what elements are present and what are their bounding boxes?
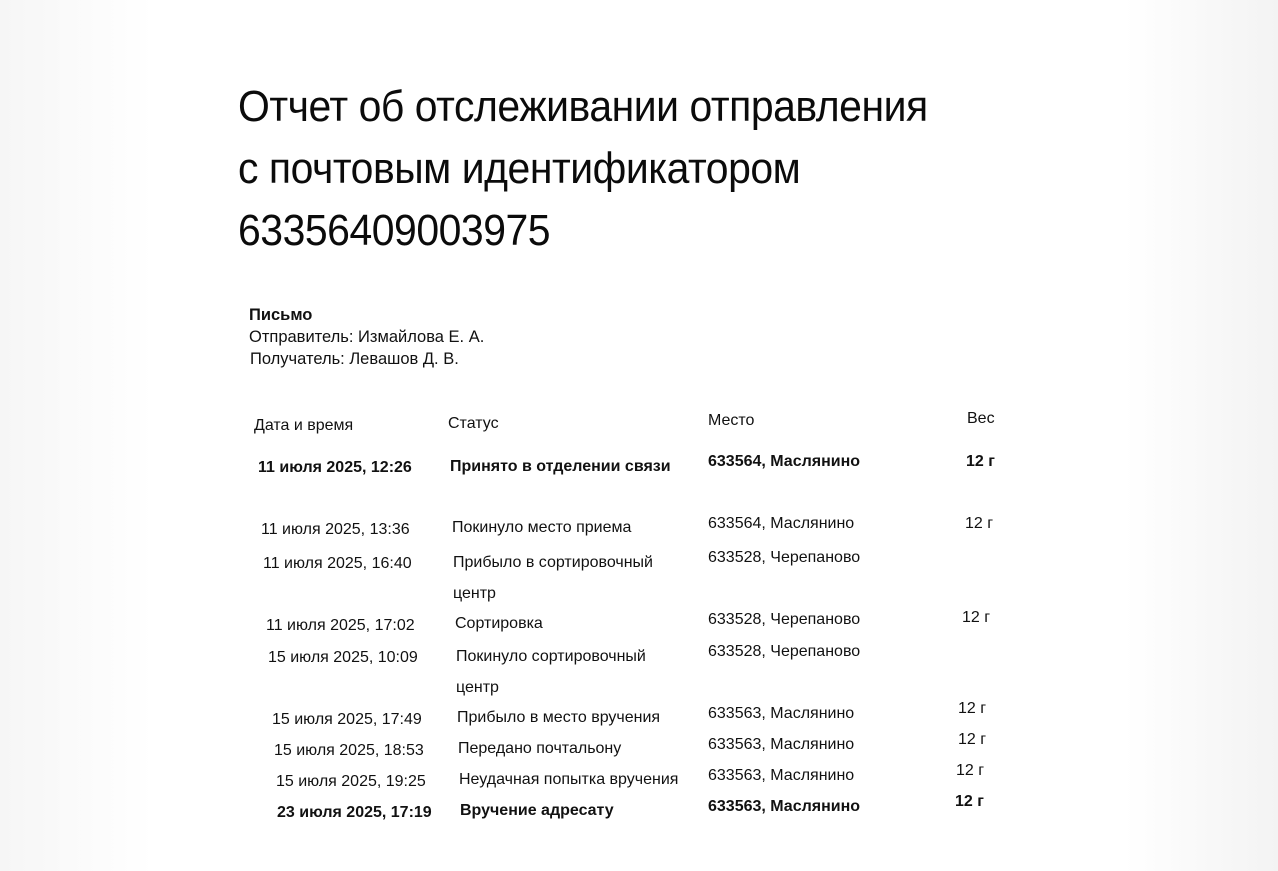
row-datetime: 23 июля 2025, 17:19 (277, 804, 432, 822)
row-datetime: 15 июля 2025, 18:53 (274, 742, 424, 760)
row-place: 633563, Маслянино (708, 767, 854, 785)
row-status: Сортировка (455, 615, 543, 633)
title-line-1: Отчет об отслеживании отправления (238, 76, 1075, 138)
row-weight: 12 г (962, 609, 990, 627)
row-datetime: 11 июля 2025, 12:26 (258, 459, 412, 477)
row-place: 633528, Черепаново (708, 611, 860, 629)
row-place: 633564, Маслянино (708, 453, 860, 471)
item-type: Письмо (249, 304, 484, 326)
row-weight: 12 г (966, 453, 995, 471)
row-place: 633528, Черепаново (708, 549, 860, 567)
row-place: 633528, Черепаново (708, 643, 860, 661)
row-status: Прибыло в место вручения (457, 709, 660, 727)
title-line-3-tracking-id: 63356409003975 (238, 200, 1075, 262)
shipment-info: Письмо Отправитель: Измайлова Е. А. Полу… (249, 304, 484, 370)
row-status: Покинуло место приема (452, 519, 631, 537)
row-status: Прибыло в сортировочный центр (453, 547, 683, 609)
row-place: 633563, Маслянино (708, 798, 860, 816)
row-status: Покинуло сортировочный центр (456, 641, 676, 703)
column-header-place: Место (708, 412, 754, 430)
row-place: 633563, Маслянино (708, 705, 854, 723)
row-datetime: 15 июля 2025, 10:09 (268, 649, 418, 667)
row-weight: 12 г (956, 762, 984, 780)
row-place: 633564, Маслянино (708, 515, 854, 533)
column-header-weight: Вес (967, 410, 995, 428)
row-weight: 12 г (958, 731, 986, 749)
row-weight: 12 г (955, 793, 984, 811)
row-datetime: 11 июля 2025, 16:40 (263, 555, 412, 573)
document-page: Отчет об отслеживании отправления с почт… (0, 0, 1278, 871)
row-datetime: 15 июля 2025, 17:49 (272, 711, 422, 729)
report-title: Отчет об отслеживании отправления с почт… (238, 76, 1075, 262)
row-status: Принято в отделении связи (450, 451, 680, 482)
row-place: 633563, Маслянино (708, 736, 854, 754)
row-weight: 12 г (958, 700, 986, 718)
title-line-2: с почтовым идентификатором (238, 138, 1075, 200)
row-status: Неудачная попытка вручения (459, 771, 678, 789)
recipient: Получатель: Левашов Д. В. (250, 348, 484, 370)
row-status: Передано почтальону (458, 740, 621, 758)
row-datetime: 11 июля 2025, 13:36 (261, 521, 410, 539)
column-header-datetime: Дата и время (254, 417, 353, 435)
row-weight: 12 г (965, 515, 993, 533)
row-datetime: 11 июля 2025, 17:02 (266, 617, 415, 635)
sender: Отправитель: Измайлова Е. А. (249, 326, 484, 348)
column-header-status: Статус (448, 415, 499, 433)
row-status: Вручение адресату (460, 802, 614, 820)
row-datetime: 15 июля 2025, 19:25 (276, 773, 426, 791)
